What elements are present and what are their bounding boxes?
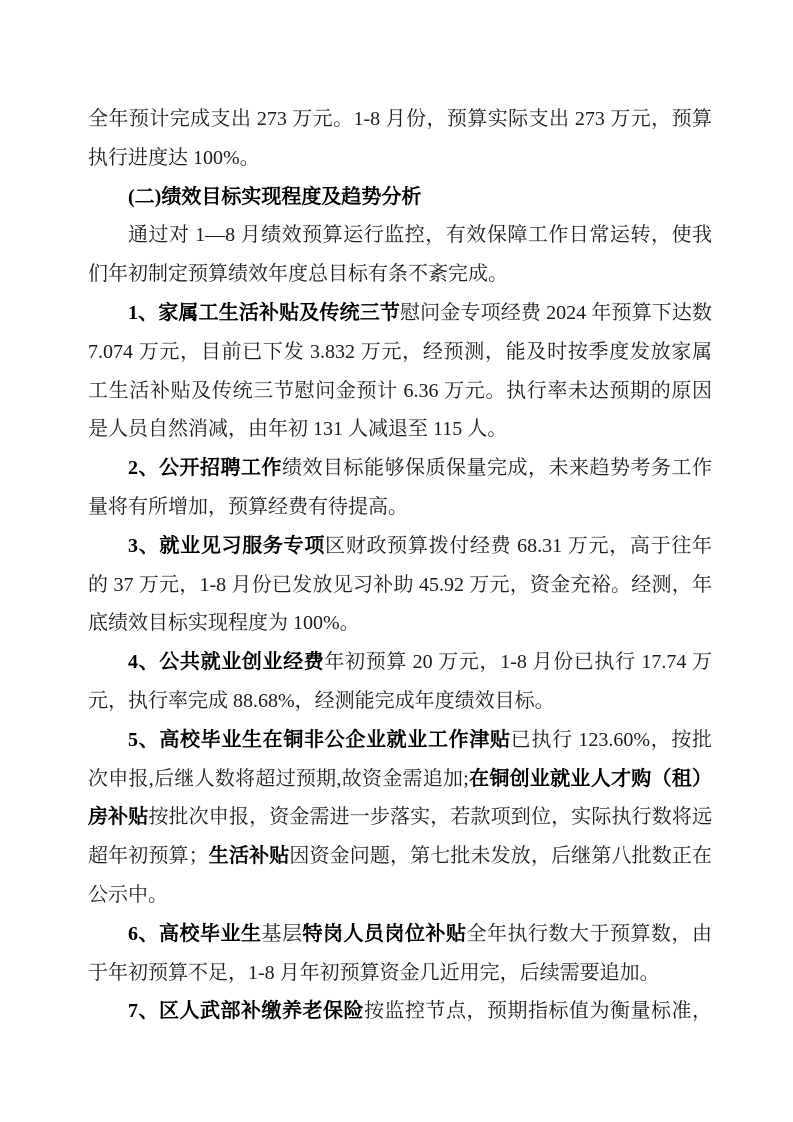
text-run: 基层	[262, 923, 303, 945]
text-line: (二)绩效目标实现程度及趋势分析	[88, 178, 712, 217]
text-run: 区财政预算拨付经费 68.31 万元，高于往年	[325, 535, 712, 557]
text-run: 量将有所增加，预算经费有待提高。	[88, 496, 408, 518]
bold-text-run: 房补贴	[88, 806, 148, 828]
text-line: 超年初预算；生活补贴因资金问题，第七批未发放，后继第八批数正在	[88, 837, 712, 876]
text-line: 1、家属工生活补贴及传统三节慰问金专项经费 2024 年预算下达数	[88, 294, 712, 333]
text-run: 的 37 万元，1-8 月份已发放见习补助 45.92 万元，资金充裕。经测，年	[88, 574, 712, 596]
text-line: 房补贴按批次申报，资金需进一步落实，若款项到位，实际执行数将远	[88, 798, 712, 837]
text-run: 工生活补贴及传统三节慰问金预计 6.36 万元。执行率未达预期的原因	[88, 380, 712, 402]
bold-text-run: 3、就业见习服务专项	[128, 535, 325, 557]
text-line: 工生活补贴及传统三节慰问金预计 6.36 万元。执行率未达预期的原因	[88, 372, 712, 411]
document-body: 全年预计完成支出 273 万元。1-8 月份，预算实际支出 273 万元，预算执…	[88, 100, 712, 1031]
text-line: 7.074 万元，目前已下发 3.832 万元，经预测，能及时按季度发放家属	[88, 333, 712, 372]
text-line: 量将有所增加，预算经费有待提高。	[88, 488, 712, 527]
text-line: 4、公共就业创业经费年初预算 20 万元，1-8 月份已执行 17.74 万	[88, 643, 712, 682]
text-line: 5、高校毕业生在铜非公企业就业工作津贴已执行 123.60%，按批	[88, 721, 712, 760]
bold-text-run: 7、区人武部补缴养老保险	[128, 1000, 364, 1022]
text-line: 执行进度达 100%。	[88, 139, 712, 178]
text-run: 全年执行数大于预算数，由	[467, 923, 713, 945]
text-run: 执行进度达 100%。	[88, 147, 260, 169]
bold-text-run: 在铜创业就业人才购（租）	[469, 768, 712, 790]
text-line: 6、高校毕业生基层特岗人员岗位补贴全年执行数大于预算数，由	[88, 915, 712, 954]
text-line: 2、公开招聘工作绩效目标能够保质保量完成，未来趋势考务工作	[88, 449, 712, 488]
text-run: 们年初制定预算绩效年度总目标有条不紊完成。	[88, 263, 508, 285]
text-run: 7.074 万元，目前已下发 3.832 万元，经预测，能及时按季度发放家属	[88, 341, 712, 363]
bold-text-run: 特岗人员岗位补贴	[303, 923, 467, 945]
text-line: 次申报,后继人数将超过预期,故资金需追加;在铜创业就业人才购（租）	[88, 760, 712, 799]
text-run: 按监控节点，预期指标值为衡量标准，	[364, 1000, 712, 1022]
bold-text-run: 1、家属工生活补贴及传统三节	[128, 302, 400, 324]
text-line: 公示中。	[88, 876, 712, 915]
text-run: 因资金问题，第七批未发放，后继第八批数正在	[289, 845, 712, 867]
bold-text-run: 生活补贴	[209, 845, 290, 867]
text-run: 于年初预算不足，1-8 月年初预算资金几近用完，后续需要追加。	[88, 962, 660, 984]
text-run: 通过对 1—8 月绩效预算运行监控，有效保障工作日常运转，使我	[128, 224, 712, 246]
text-run: 是人员自然消减，由年初 131 人减退至 115 人。	[88, 418, 507, 440]
bold-text-run: 5、高校毕业生在铜非公企业就业工作津贴	[128, 729, 511, 751]
text-run: 次申报,后继人数将超过预期,故资金需追加;	[88, 768, 469, 790]
text-run: 慰问金专项经费 2024 年预算下达数	[400, 302, 712, 324]
text-run: 元，执行率完成 88.68%，经测能完成年度绩效目标。	[88, 690, 555, 712]
text-line: 的 37 万元，1-8 月份已发放见习补助 45.92 万元，资金充裕。经测，年	[88, 566, 712, 605]
text-run: 底绩效目标实现程度为 100%。	[88, 612, 360, 634]
text-run: 全年预计完成支出 273 万元。1-8 月份，预算实际支出 273 万元，预算	[88, 108, 712, 130]
text-line: 通过对 1—8 月绩效预算运行监控，有效保障工作日常运转，使我	[88, 216, 712, 255]
text-run: 绩效目标能够保质保量完成，未来趋势考务工作	[282, 457, 712, 479]
text-run: 按批次申报，资金需进一步落实，若款项到位，实际执行数将远	[148, 806, 712, 828]
text-line: 于年初预算不足，1-8 月年初预算资金几近用完，后续需要追加。	[88, 954, 712, 993]
text-line: 们年初制定预算绩效年度总目标有条不紊完成。	[88, 255, 712, 294]
text-run: 年初预算 20 万元，1-8 月份已执行 17.74 万	[324, 651, 712, 673]
text-line: 7、区人武部补缴养老保险按监控节点，预期指标值为衡量标准，	[88, 992, 712, 1031]
bold-text-run: 4、公共就业创业经费	[128, 651, 324, 673]
text-line: 全年预计完成支出 273 万元。1-8 月份，预算实际支出 273 万元，预算	[88, 100, 712, 139]
text-line: 底绩效目标实现程度为 100%。	[88, 604, 712, 643]
text-run: 公示中。	[88, 884, 168, 906]
text-line: 3、就业见习服务专项区财政预算拨付经费 68.31 万元，高于往年	[88, 527, 712, 566]
text-line: 元，执行率完成 88.68%，经测能完成年度绩效目标。	[88, 682, 712, 721]
text-line: 是人员自然消减，由年初 131 人减退至 115 人。	[88, 410, 712, 449]
bold-text-run: 2、公开招聘工作	[128, 457, 282, 479]
bold-text-run: (二)绩效目标实现程度及趋势分析	[128, 186, 421, 208]
text-run: 已执行 123.60%，按批	[511, 729, 712, 751]
document-page: 全年预计完成支出 273 万元。1-8 月份，预算实际支出 273 万元，预算执…	[0, 0, 793, 1122]
bold-text-run: 6、高校毕业生	[128, 923, 262, 945]
text-run: 超年初预算；	[88, 845, 209, 867]
